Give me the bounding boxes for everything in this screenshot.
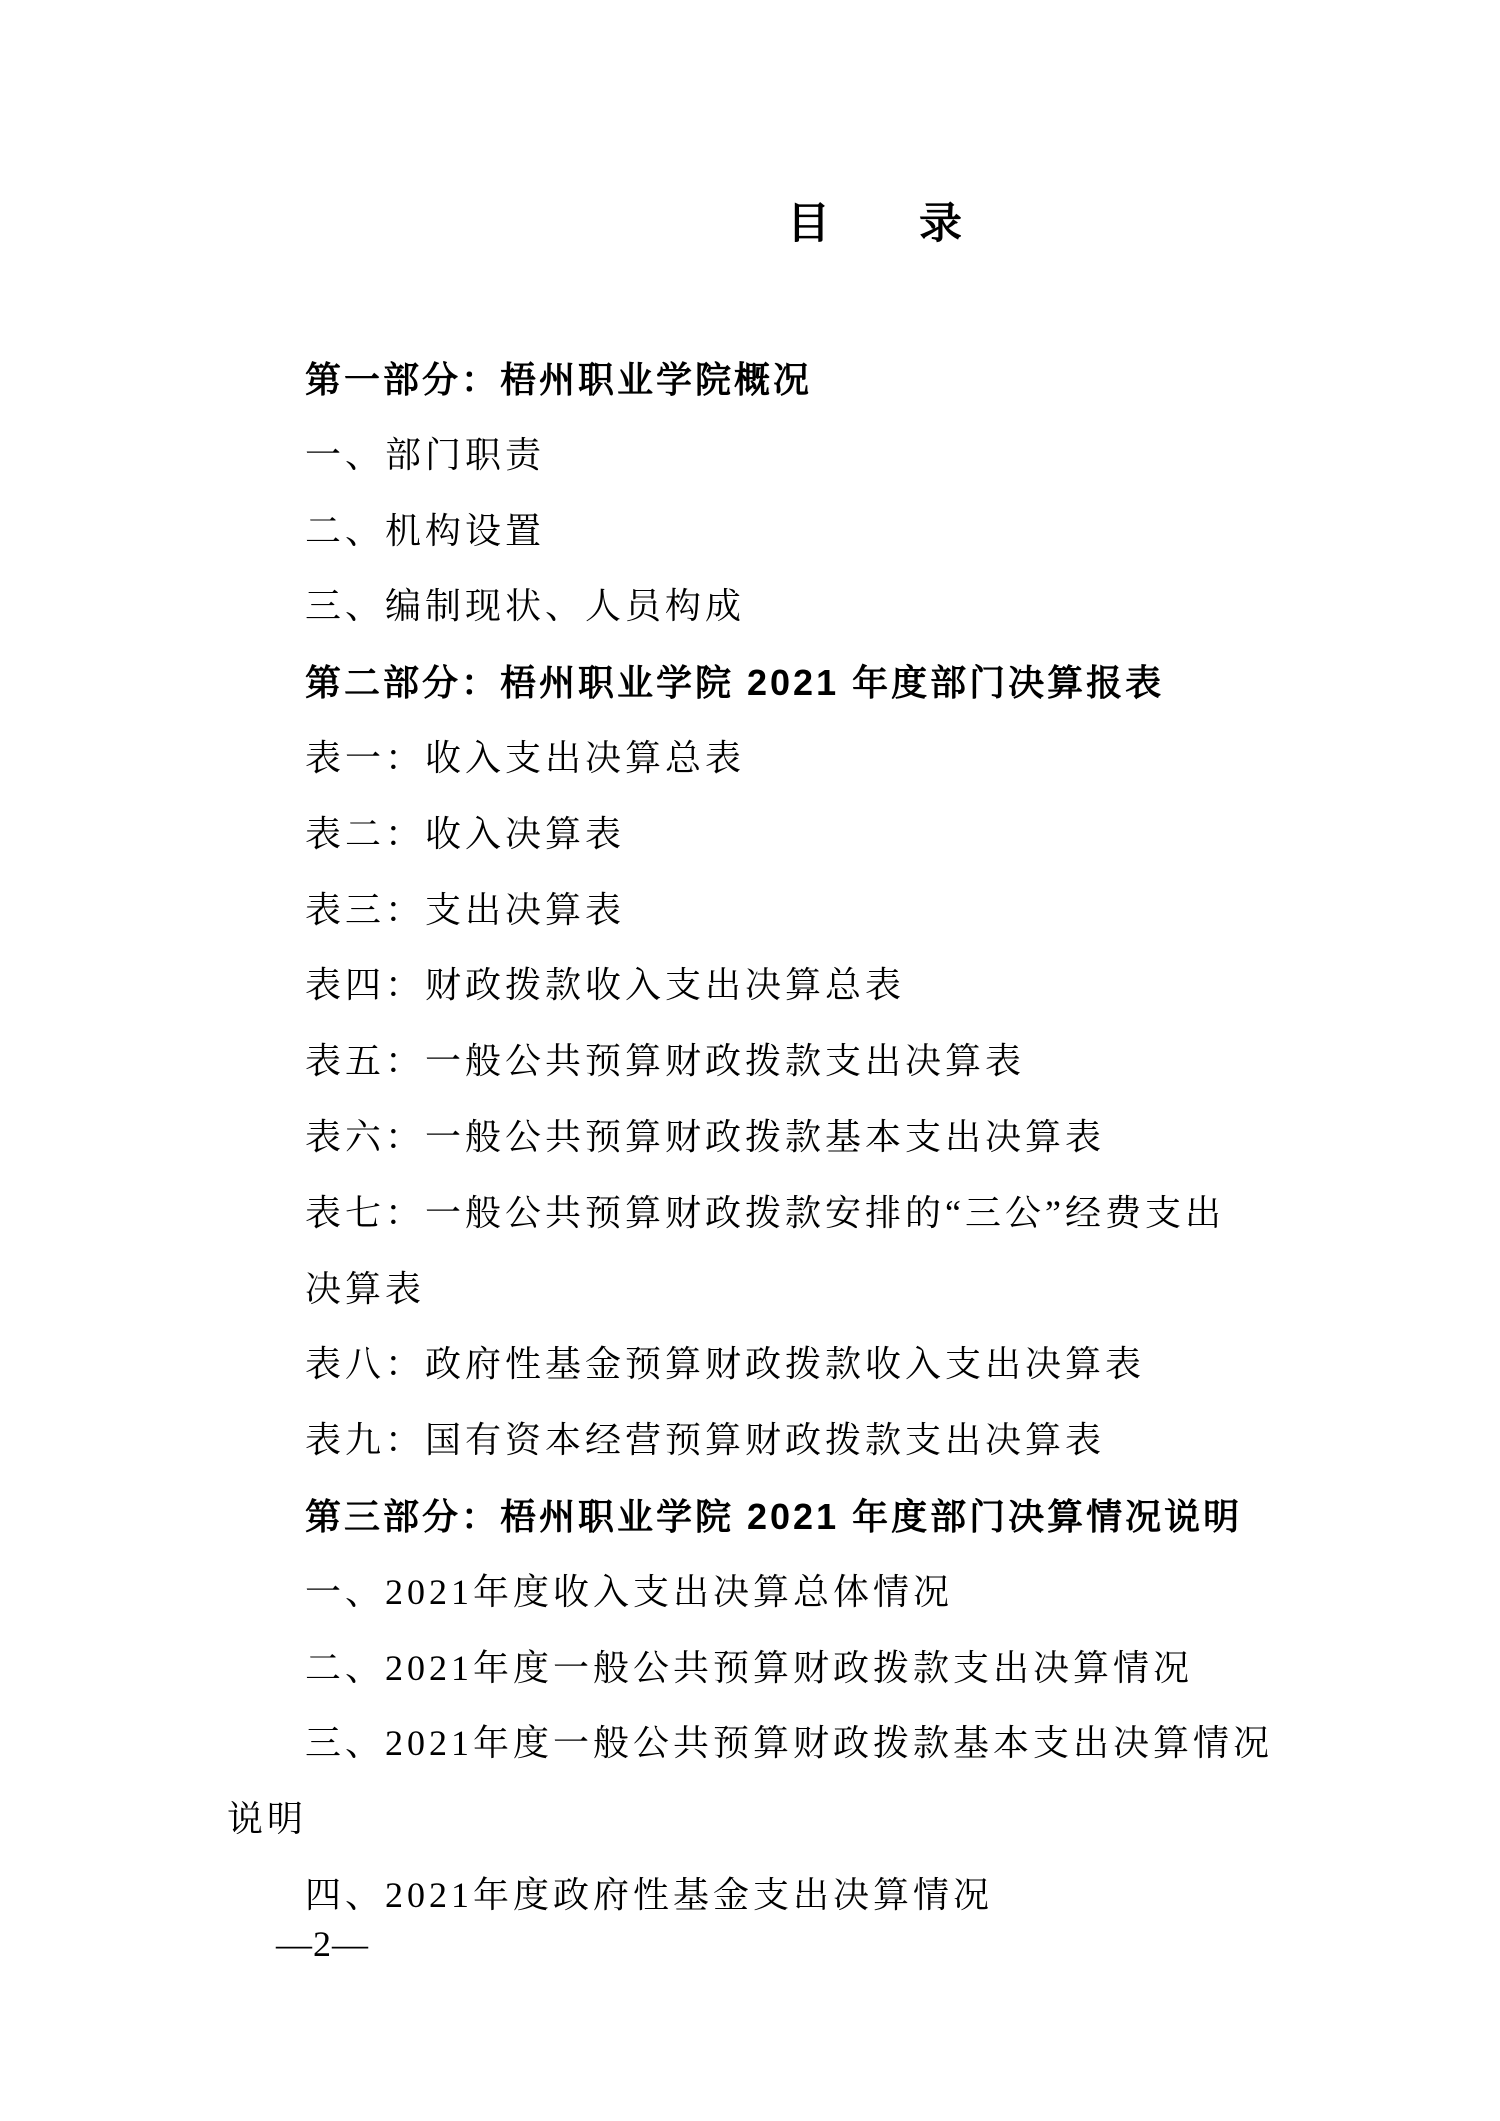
toc-heading-part2: 第二部分：梧州职业学院 2021 年度部门决算报表 <box>227 645 1270 721</box>
toc-item: 三、2021年度一般公共预算财政拨款基本支出决算情况 <box>227 1706 1270 1782</box>
toc-item: 表三：支出决算表 <box>227 873 1270 949</box>
toc-item: 表八：政府性基金预算财政拨款收入支出决算表 <box>227 1327 1270 1403</box>
toc-item-continuation: 决算表 <box>227 1252 1270 1328</box>
toc-item: 四、2021年度政府性基金支出决算情况 <box>227 1858 1270 1934</box>
toc-heading-part1: 第一部分：梧州职业学院概况 <box>227 342 1270 418</box>
toc-item-continuation: 说明 <box>227 1782 1270 1858</box>
page-title: 目 录 <box>787 198 963 250</box>
toc-item: 表六：一般公共预算财政拨款基本支出决算表 <box>227 1100 1270 1176</box>
toc-item: 表一：收入支出决算总表 <box>227 721 1270 797</box>
toc-item: 一、部门职责 <box>227 418 1270 494</box>
toc-item: 一、2021年度收入支出决算总体情况 <box>227 1555 1270 1631</box>
toc-item: 二、机构设置 <box>227 494 1270 570</box>
toc-item: 表九：国有资本经营预算财政拨款支出决算表 <box>227 1403 1270 1479</box>
toc-heading-part3: 第三部分：梧州职业学院 2021 年度部门决算情况说明 <box>227 1479 1270 1555</box>
toc-item: 表五：一般公共预算财政拨款支出决算表 <box>227 1024 1270 1100</box>
toc-item: 表四：财政拨款收入支出决算总表 <box>227 948 1270 1024</box>
toc-item: 表二：收入决算表 <box>227 797 1270 873</box>
page-number: —2— <box>276 1922 369 1966</box>
toc-item: 三、编制现状、人员构成 <box>227 569 1270 645</box>
table-of-contents: 第一部分：梧州职业学院概况 一、部门职责 二、机构设置 三、编制现状、人员构成 … <box>227 342 1270 1934</box>
document-page: 目 录 第一部分：梧州职业学院概况 一、部门职责 二、机构设置 三、编制现状、人… <box>0 0 1500 2121</box>
toc-item: 表七：一般公共预算财政拨款安排的“三公”经费支出 <box>227 1176 1270 1252</box>
toc-item: 二、2021年度一般公共预算财政拨款支出决算情况 <box>227 1631 1270 1707</box>
